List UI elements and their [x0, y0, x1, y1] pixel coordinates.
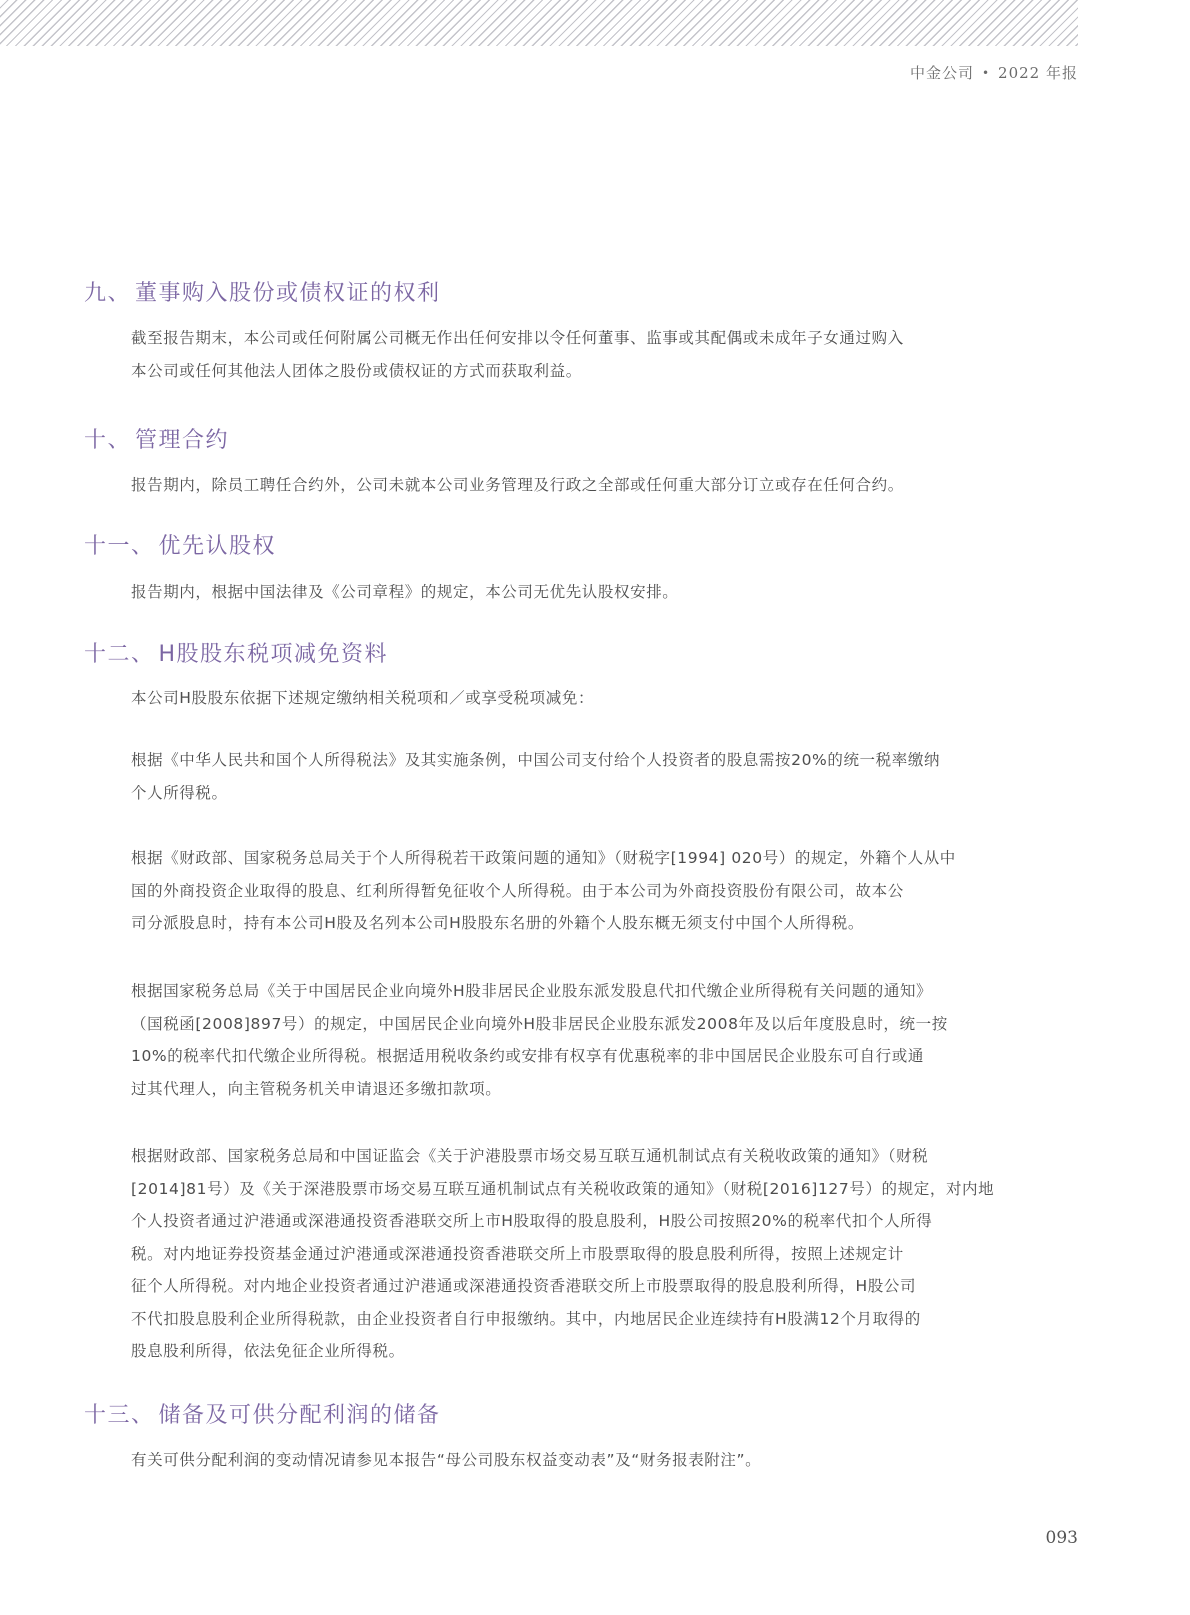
text-line: 不代扣股息股利企业所得税款，由企业投资者自行申报缴纳。其中，内地居民企业连续持有…: [131, 1303, 1081, 1336]
text-line: 报告期内，除员工聘任合约外，公司未就本公司业务管理及行政之全部或任何重大部分订立…: [131, 469, 1081, 502]
paragraph: 根据国家税务总局《关于中国居民企业向境外H股非居民企业股东派发股息代扣代缴企业所…: [131, 975, 1081, 1105]
text-line: [2014]81号）及《关于深港股票市场交易互联互通机制试点有关税收政策的通知》…: [131, 1173, 1081, 1206]
text-line: 截至报告期末，本公司或任何附属公司概无作出任何安排以令任何董事、监事或其配偶或未…: [131, 322, 1081, 355]
section-number: 十、: [84, 428, 131, 453]
section-title: 董事购入股份或债权证的权利: [135, 281, 441, 306]
paragraph: 截至报告期末，本公司或任何附属公司概无作出任何安排以令任何董事、监事或其配偶或未…: [131, 322, 1081, 387]
text-line: 有关可供分配利润的变动情况请参见本报告“母公司股东权益变动表”及“财务报表附注”…: [131, 1444, 1081, 1477]
paragraph: 有关可供分配利润的变动情况请参见本报告“母公司股东权益变动表”及“财务报表附注”…: [131, 1444, 1081, 1477]
paragraph: 根据《财政部、国家税务总局关于个人所得税若干政策问题的通知》（财税字[1994]…: [131, 842, 1081, 940]
running-header: 中金公司•2022 年报: [910, 62, 1078, 83]
paragraph: 报告期内，根据中国法律及《公司章程》的规定，本公司无优先认股权安排。: [131, 576, 1081, 609]
text-line: （国税函[2008]897号）的规定，中国居民企业向境外H股非居民企业股东派发2…: [131, 1008, 1081, 1041]
paragraph: 根据《中华人民共和国个人所得税法》及其实施条例，中国公司支付给个人投资者的股息需…: [131, 744, 1081, 809]
text-line: 本公司H股股东依据下述规定缴纳相关税项和／或享受税项减免：: [131, 682, 1081, 715]
report-title: 2022 年报: [998, 64, 1078, 82]
text-line: 征个人所得税。对内地企业投资者通过沪港通或深港通投资香港联交所上市股票取得的股息…: [131, 1270, 1081, 1303]
section-title: H股股东税项减免资料: [159, 642, 389, 667]
section-title: 管理合约: [135, 428, 229, 453]
section-heading-12: 十二、H股股东税项减免资料: [84, 637, 388, 668]
section-number: 十二、: [84, 642, 155, 667]
text-line: 股息股利所得，依法免征企业所得税。: [131, 1335, 1081, 1368]
paragraph: 本公司H股股东依据下述规定缴纳相关税项和／或享受税项减免：: [131, 682, 1081, 715]
text-line: 个人投资者通过沪港通或深港通投资香港联交所上市H股取得的股息股利，H股公司按照2…: [131, 1205, 1081, 1238]
text-line: 本公司或任何其他法人团体之股份或债权证的方式而获取利益。: [131, 355, 1081, 388]
paragraph: 报告期内，除员工聘任合约外，公司未就本公司业务管理及行政之全部或任何重大部分订立…: [131, 469, 1081, 502]
text-line: 个人所得税。: [131, 777, 1081, 810]
text-line: 报告期内，根据中国法律及《公司章程》的规定，本公司无优先认股权安排。: [131, 576, 1081, 609]
text-line: 税。对内地证券投资基金通过沪港通或深港通投资香港联交所上市股票取得的股息股利所得…: [131, 1238, 1081, 1271]
text-line: 根据国家税务总局《关于中国居民企业向境外H股非居民企业股东派发股息代扣代缴企业所…: [131, 975, 1081, 1008]
section-heading-10: 十、管理合约: [84, 423, 229, 454]
separator-dot: •: [982, 66, 990, 80]
section-heading-9: 九、董事购入股份或债权证的权利: [84, 276, 441, 307]
decorative-hatch-band: [0, 0, 1078, 46]
section-number: 十三、: [84, 1403, 155, 1428]
text-line: 过其代理人，向主管税务机关申请退还多缴扣款项。: [131, 1073, 1081, 1106]
section-title: 优先认股权: [159, 534, 277, 559]
page-number: 093: [1046, 1528, 1078, 1548]
section-heading-11: 十一、优先认股权: [84, 529, 276, 560]
section-title: 储备及可供分配利润的储备: [159, 1403, 441, 1428]
section-heading-13: 十三、储备及可供分配利润的储备: [84, 1398, 441, 1429]
paragraph: 根据财政部、国家税务总局和中国证监会《关于沪港股票市场交易互联互通机制试点有关税…: [131, 1140, 1081, 1368]
text-line: 司分派股息时，持有本公司H股及名列本公司H股股东名册的外籍个人股东概无须支付中国…: [131, 907, 1081, 940]
text-line: 10%的税率代扣代缴企业所得税。根据适用税收条约或安排有权享有优惠税率的非中国居…: [131, 1040, 1081, 1073]
text-line: 根据《财政部、国家税务总局关于个人所得税若干政策问题的通知》（财税字[1994]…: [131, 842, 1081, 875]
company-name: 中金公司: [910, 64, 974, 82]
text-line: 国的外商投资企业取得的股息、红利所得暂免征收个人所得税。由于本公司为外商投资股份…: [131, 875, 1081, 908]
section-number: 十一、: [84, 534, 155, 559]
text-line: 根据财政部、国家税务总局和中国证监会《关于沪港股票市场交易互联互通机制试点有关税…: [131, 1140, 1081, 1173]
section-number: 九、: [84, 281, 131, 306]
text-line: 根据《中华人民共和国个人所得税法》及其实施条例，中国公司支付给个人投资者的股息需…: [131, 744, 1081, 777]
